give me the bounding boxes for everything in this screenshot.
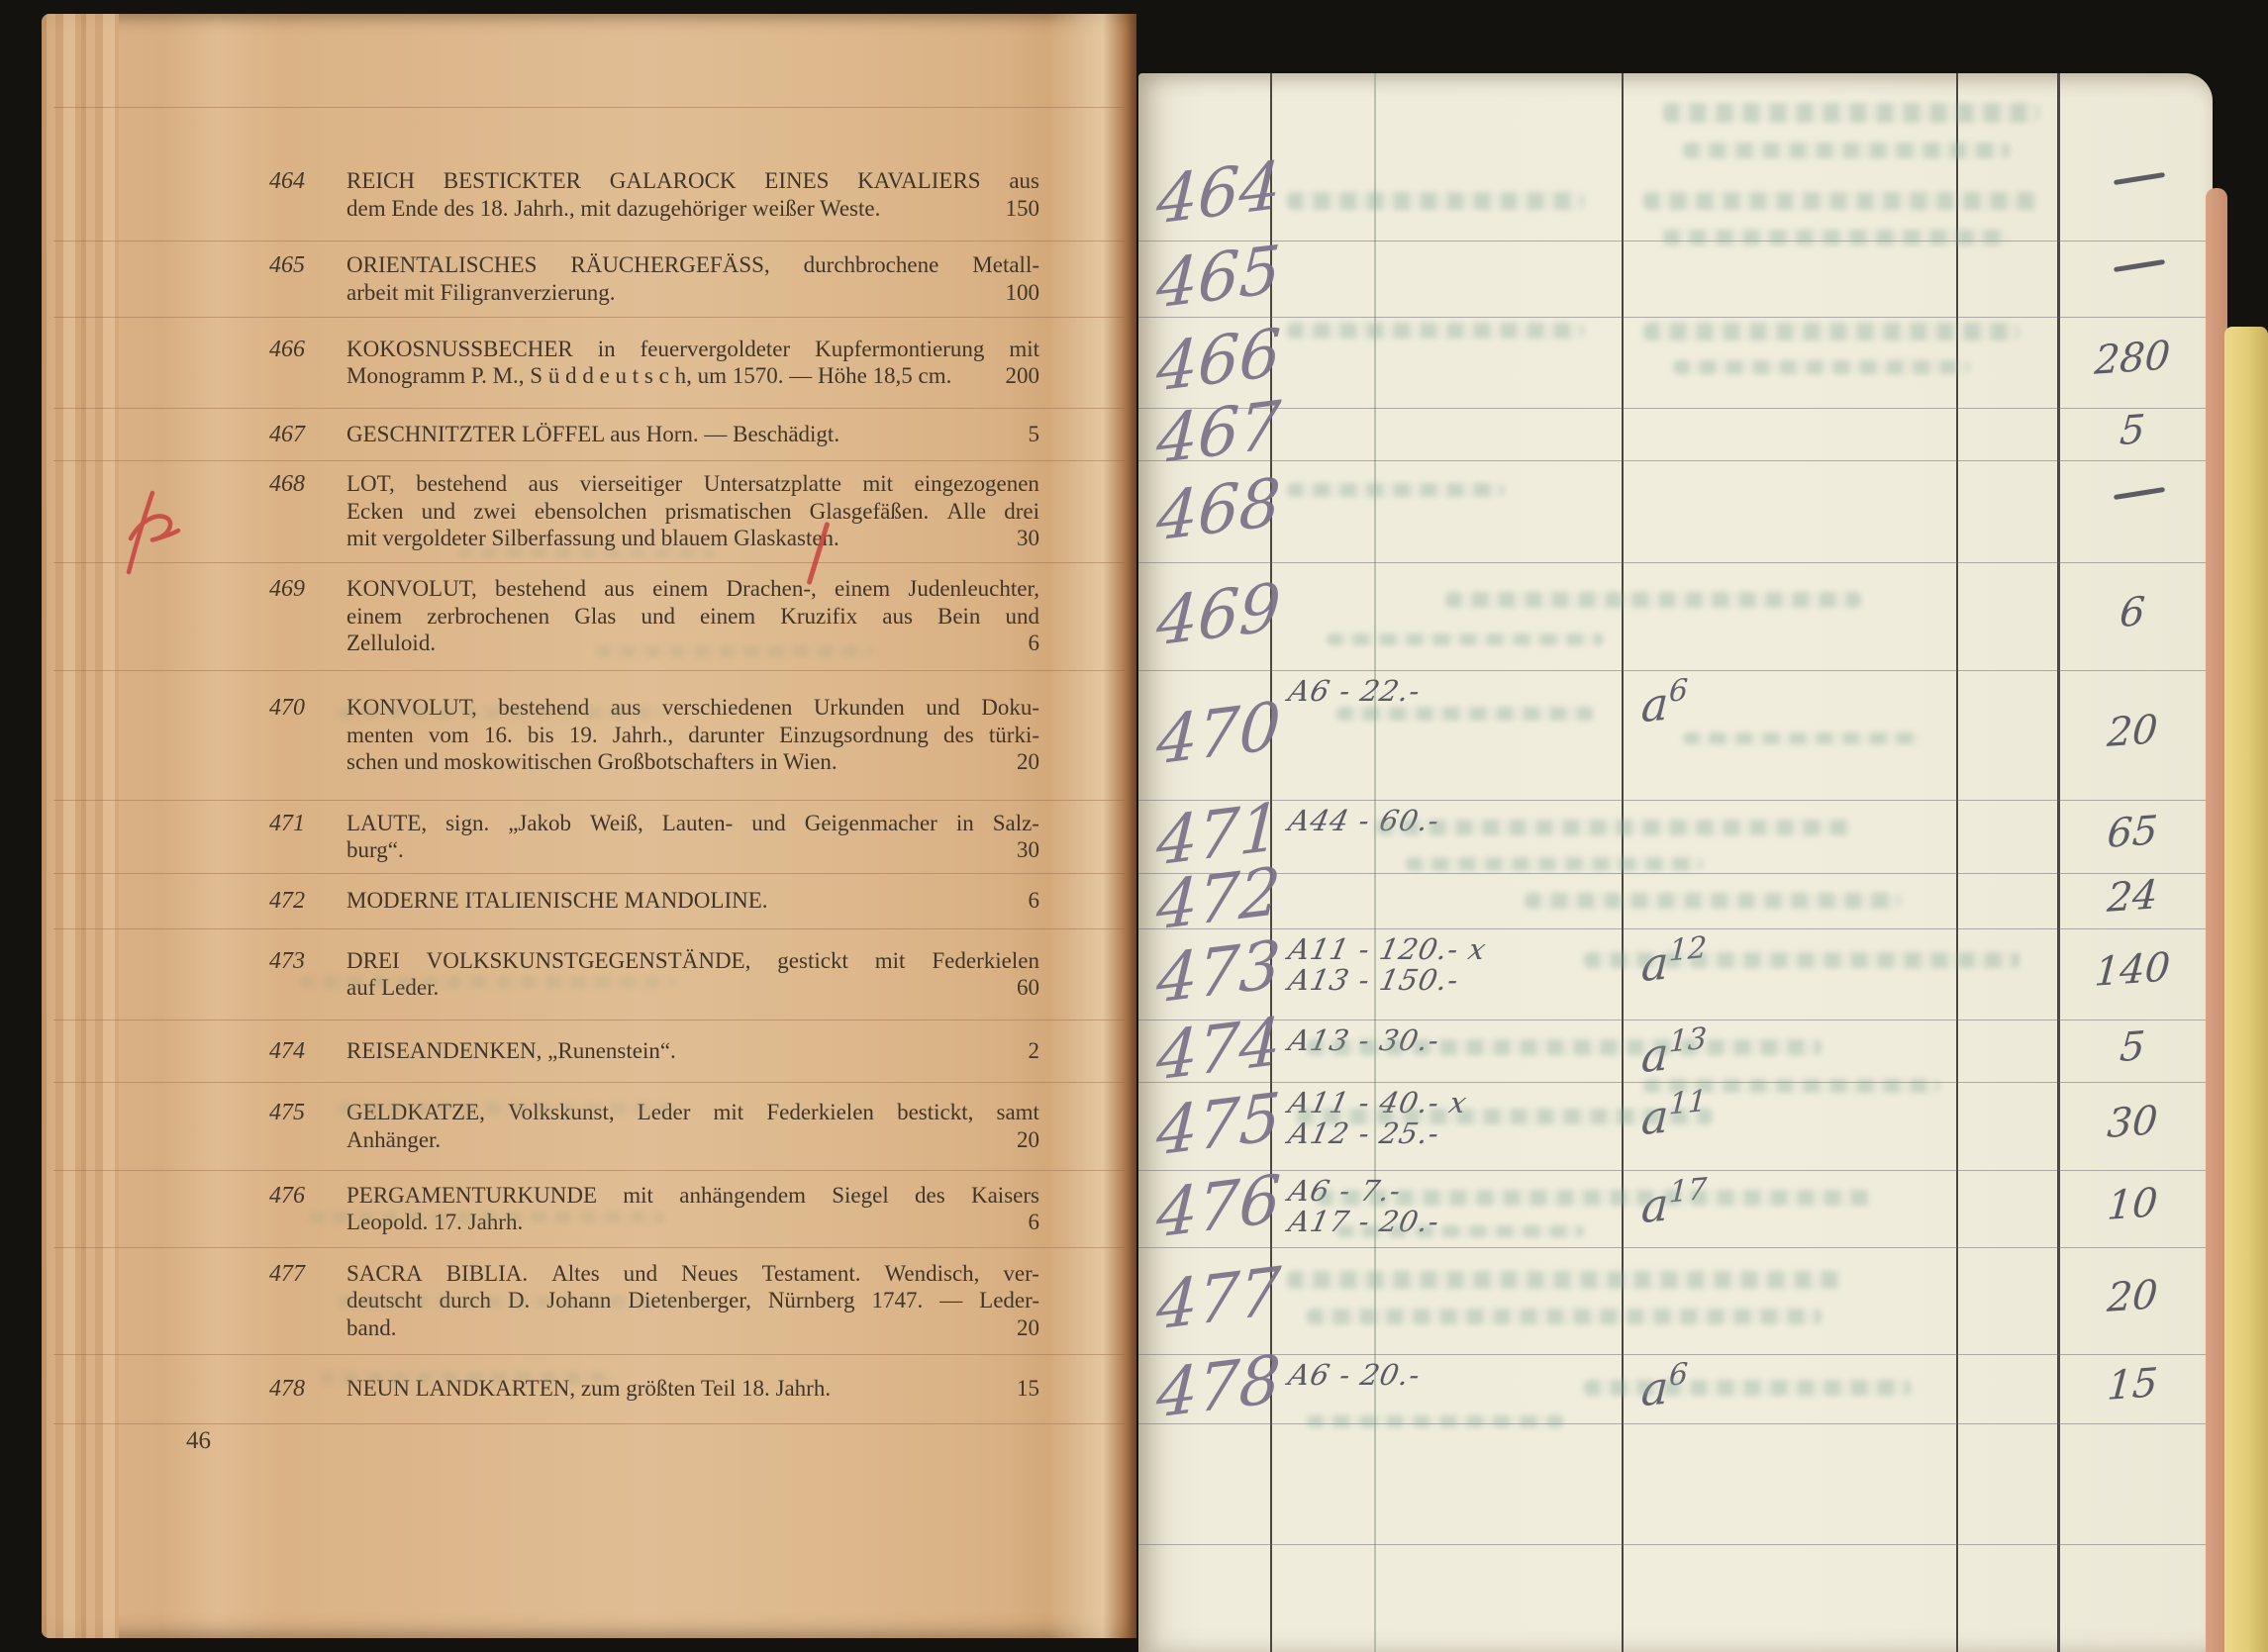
- ledger-row: 468: [1138, 460, 2213, 562]
- entry-price: 30: [1005, 836, 1039, 864]
- book-spread: 464REICHBESTICKTERGALAROCKEINESKAVALIERS…: [0, 0, 2268, 1652]
- entry-text: NEUN LANDKARTEN, zum größten Teil 18. Ja…: [346, 1354, 1039, 1423]
- page-number: 46: [186, 1427, 211, 1455]
- entry-price: 6: [1017, 1209, 1040, 1236]
- entry-text-line: einemzerbrochenenGlasundeinemKruzifixaus…: [346, 603, 1039, 631]
- catalog-entry: 474REISEANDENKEN, „Runenstein“.2: [42, 1020, 1136, 1082]
- catalog-entry: 476PERGAMENTURKUNDEmitanhängendemSiegeld…: [42, 1170, 1136, 1247]
- entry-separator-rule: [53, 1423, 1125, 1424]
- entry-price: 60: [1005, 974, 1039, 1002]
- bleedthrough-smudge: [339, 1296, 715, 1308]
- lot-number: 474: [238, 1038, 305, 1065]
- lot-number: 466: [238, 337, 305, 363]
- bleedthrough-smudge: [309, 1212, 665, 1223]
- entry-text-line: GESCHNITZTER LÖFFEL aus Horn. — Beschädi…: [346, 421, 1039, 448]
- bleedthrough-smudge: [1445, 592, 1861, 608]
- entry-text: LAUTE,sign.„JakobWeiß,Lauten-undGeigenma…: [346, 800, 1039, 873]
- handwritten-lot-number: 476: [1155, 1167, 1275, 1247]
- bleedthrough-smudge: [1683, 143, 2010, 158]
- entry-price: 6: [1017, 887, 1040, 915]
- ledger-row: 465: [1138, 241, 2213, 317]
- entry-text: KOKOSNUSSBECHERinfeuervergoldeterKupferm…: [346, 317, 1039, 408]
- entry-price: 6: [1017, 630, 1040, 657]
- entry-text-line: Anhänger.20: [346, 1126, 1039, 1154]
- bleedthrough-smudge: [1307, 1309, 1822, 1324]
- catalog-entry: 464REICHBESTICKTERGALAROCKEINESKAVALIERS…: [42, 148, 1136, 241]
- left-page-catalog: 464REICHBESTICKTERGALAROCKEINESKAVALIERS…: [42, 14, 1136, 1638]
- lot-number: 465: [238, 252, 305, 279]
- handwritten-price: 6: [2068, 588, 2198, 636]
- right-page-ledger: 46446546628046754684696470A6 - 22.-a6204…: [1138, 73, 2213, 1652]
- handwritten-note: A6 - 20.-: [1286, 1360, 1424, 1391]
- handwritten-price-dash: [2114, 172, 2165, 185]
- catalog-entry: 473DREIVOLKSKUNSTGEGENSTÄNDE,gesticktmit…: [42, 928, 1136, 1020]
- bleedthrough-smudge: [1317, 1190, 1871, 1206]
- handwritten-price: 280: [2068, 334, 2198, 382]
- bleedthrough-smudge: [1663, 103, 2039, 123]
- bleedthrough-smudge: [1297, 1109, 1713, 1124]
- bleedthrough-smudge: [1287, 192, 1584, 210]
- handwritten-lot-number: 475: [1155, 1085, 1275, 1165]
- catalog-entry: 467GESCHNITZTER LÖFFEL aus Horn. — Besch…: [42, 408, 1136, 460]
- handwritten-lot-number: 478: [1155, 1347, 1275, 1427]
- handwritten-bid-notes: A11 - 120.- xA13 - 150.-: [1289, 934, 1486, 996]
- bleedthrough-smudge: [1643, 192, 2039, 210]
- bleedthrough-smudge: [1327, 633, 1604, 645]
- entry-text: ORIENTALISCHESRÄUCHERGEFÄSS,durchbrochen…: [346, 241, 1039, 317]
- handwritten-price-dash: [2114, 259, 2165, 272]
- entry-text-line: PERGAMENTURKUNDEmitanhängendemSiegeldesK…: [346, 1182, 1039, 1210]
- entry-text: DREIVOLKSKUNSTGEGENSTÄNDE,gesticktmitFed…: [346, 928, 1039, 1020]
- entry-text: MODERNE ITALIENISCHE MANDOLINE.6: [346, 873, 1039, 928]
- handwritten-lot-number: 464: [1155, 153, 1275, 234]
- lot-number: 476: [238, 1183, 305, 1210]
- handwritten-price: 140: [2068, 945, 2198, 994]
- handwritten-price-dash: [2114, 487, 2165, 500]
- entry-price: 150: [994, 195, 1040, 223]
- handwritten-price: 5: [2068, 406, 2198, 454]
- bleedthrough-smudge: [1525, 893, 1901, 909]
- bleedthrough-smudge: [1406, 857, 1703, 871]
- entry-text: REISEANDENKEN, „Runenstein“.2: [346, 1020, 1039, 1082]
- catalog-entry: 478NEUN LANDKARTEN, zum größten Teil 18.…: [42, 1354, 1136, 1423]
- entry-text-line: LOT,bestehendausvierseitigerUntersatzpla…: [346, 470, 1039, 498]
- entry-separator-rule: [53, 107, 1125, 108]
- entry-text-line: arbeit mit Filigranverzierung.100: [346, 279, 1039, 307]
- lot-number: 469: [238, 576, 305, 603]
- bleedthrough-smudge: [1287, 1271, 1841, 1289]
- handwritten-price: 10: [2068, 1180, 2198, 1228]
- entry-text-line: LAUTE,sign.„JakobWeiß,Lauten-undGeigenma…: [346, 810, 1039, 837]
- ledger-row-rule: [1138, 1423, 2213, 1424]
- handwritten-lot-number: 473: [1155, 932, 1275, 1013]
- entry-text: REICHBESTICKTERGALAROCKEINESKAVALIERSaus…: [346, 148, 1039, 241]
- lot-number: 468: [238, 471, 305, 498]
- lot-number: 472: [238, 888, 305, 915]
- handwritten-a-code: a6: [1640, 676, 1689, 729]
- bleedthrough-smudge: [1287, 323, 1584, 339]
- bleedthrough-smudge: [457, 548, 715, 558]
- entry-text-line: dem Ende des 18. Jahrh., mit dazugehörig…: [346, 195, 1039, 223]
- handwritten-bid-notes: A6 - 20.-: [1289, 1360, 1421, 1391]
- bleedthrough-smudge: [1307, 1039, 1822, 1055]
- bleedthrough-smudge: [299, 976, 675, 988]
- entry-text: KONVOLUT,bestehendausverschiedenenUrkund…: [346, 670, 1039, 800]
- bleedthrough-smudge: [1584, 1380, 1911, 1396]
- bleedthrough-smudge: [1643, 1079, 1940, 1093]
- lot-number: 464: [238, 168, 305, 195]
- handwritten-note: A6 - 22.-: [1286, 676, 1424, 707]
- entry-price: 5: [1017, 421, 1040, 448]
- lot-number: 478: [238, 1376, 305, 1403]
- catalog-entry: 475GELDKATZE,Volkskunst,LedermitFederkie…: [42, 1082, 1136, 1170]
- entry-text: PERGAMENTURKUNDEmitanhängendemSiegeldesK…: [346, 1170, 1039, 1247]
- entry-text-line: EckenundzweiebensolchenprismatischenGlas…: [346, 498, 1039, 526]
- catalog-entry: 465ORIENTALISCHESRÄUCHERGEFÄSS,durchbroc…: [42, 241, 1136, 317]
- handwritten-lot-number: 474: [1155, 1010, 1275, 1090]
- bleedthrough-smudge: [1663, 230, 2010, 245]
- entry-text: GELDKATZE,Volkskunst,LedermitFederkielen…: [346, 1082, 1039, 1170]
- red-pencil-mark: [119, 487, 188, 578]
- ledger-row: 470A6 - 22.-a620: [1138, 670, 2213, 800]
- catalog-entry: 471LAUTE,sign.„JakobWeiß,Lauten-undGeige…: [42, 800, 1136, 873]
- ledger-row-rule: [1138, 1544, 2213, 1545]
- bleedthrough-smudge: [596, 645, 873, 657]
- ledger-row: 4696: [1138, 562, 2213, 670]
- lot-number: 470: [238, 695, 305, 722]
- handwritten-price: 20: [2068, 1272, 2198, 1320]
- bleedthrough-smudge: [1683, 732, 1921, 744]
- catalog-entry: 469KONVOLUT,bestehendauseinemDrachen-,ei…: [42, 562, 1136, 670]
- entry-text: GESCHNITZTER LÖFFEL aus Horn. — Beschädi…: [346, 408, 1039, 460]
- bleedthrough-smudge: [1287, 483, 1505, 497]
- bleedthrough-smudge: [1336, 1225, 1584, 1237]
- handwritten-lot-number: 469: [1155, 575, 1275, 655]
- entry-text-line: band.20: [346, 1314, 1039, 1342]
- entry-price: 20: [1005, 1126, 1039, 1154]
- entry-text-line: KONVOLUT,bestehendauseinemDrachen-,einem…: [346, 575, 1039, 603]
- catalog-entry: 470KONVOLUT,bestehendausverschiedenenUrk…: [42, 670, 1136, 800]
- lot-number: 477: [238, 1261, 305, 1288]
- entry-price: 20: [1005, 1314, 1039, 1342]
- lot-number: 475: [238, 1100, 305, 1126]
- handwritten-lot-number: 470: [1155, 694, 1275, 774]
- bleedthrough-smudge: [1673, 360, 1970, 374]
- handwritten-price: 5: [2068, 1022, 2198, 1071]
- page-stack-edge-yellow: [2224, 327, 2268, 1652]
- bleedthrough-smudge: [1643, 323, 2020, 340]
- entry-price: 20: [1005, 748, 1039, 776]
- entry-text-line: mentenvom16.bis19.Jahrh.,darunterEinzugs…: [346, 722, 1039, 749]
- bleedthrough-smudge: [1336, 707, 1594, 721]
- handwritten-price: 24: [2068, 872, 2198, 921]
- entry-text-line: REISEANDENKEN, „Runenstein“.2: [346, 1037, 1039, 1065]
- entry-text-line: DREIVOLKSKUNSTGEGENSTÄNDE,gesticktmitFed…: [346, 947, 1039, 975]
- lot-number: 467: [238, 422, 305, 448]
- catalog-entry: 472MODERNE ITALIENISCHE MANDOLINE.6: [42, 873, 1136, 928]
- entry-price: 100: [994, 279, 1040, 307]
- entry-price: 30: [1005, 525, 1039, 552]
- handwritten-note: A11 - 120.- x: [1286, 934, 1490, 965]
- bleedthrough-smudge: [339, 1103, 675, 1115]
- entry-text-line: REICHBESTICKTERGALAROCKEINESKAVALIERSaus: [346, 167, 1039, 195]
- bleedthrough-smudge: [339, 707, 665, 719]
- bleedthrough-smudge: [1376, 820, 1851, 835]
- entry-text-line: MODERNE ITALIENISCHE MANDOLINE.6: [346, 887, 1039, 915]
- entry-text-line: schen und moskowitischen Großbotschafter…: [346, 748, 1039, 776]
- lot-number: 471: [238, 811, 305, 837]
- bleedthrough-smudge: [1584, 952, 2020, 968]
- handwritten-price: 65: [2068, 808, 2198, 856]
- handwritten-lot-number: 465: [1155, 238, 1275, 318]
- entry-text-line: ORIENTALISCHESRÄUCHERGEFÄSS,durchbrochen…: [346, 251, 1039, 279]
- entry-price: 15: [1005, 1375, 1039, 1403]
- catalog-entry: 468LOT,bestehendausvierseitigerUntersatz…: [42, 460, 1136, 562]
- bleedthrough-smudge: [319, 1372, 616, 1384]
- entry-text: LOT,bestehendausvierseitigerUntersatzpla…: [346, 460, 1039, 562]
- handwritten-price: 15: [2068, 1360, 2198, 1409]
- catalog-entry: 466KOKOSNUSSBECHERinfeuervergoldeterKupf…: [42, 317, 1136, 408]
- bleedthrough-smudge: [1307, 1415, 1564, 1427]
- handwritten-bid-notes: A6 - 22.-: [1289, 676, 1421, 707]
- lot-number: 473: [238, 948, 305, 975]
- ledger-row: 47720: [1138, 1247, 2213, 1354]
- entry-text-line: SACRABIBLIA.AltesundNeuesTestament.Wendi…: [346, 1260, 1039, 1288]
- entry-text-line: KOKOSNUSSBECHERinfeuervergoldeterKupferm…: [346, 336, 1039, 363]
- entry-text-line: burg“.30: [346, 836, 1039, 864]
- handwritten-note: A13 - 150.-: [1286, 965, 1490, 996]
- ledger-row: 4675: [1138, 408, 2213, 460]
- handwritten-lot-number: 477: [1155, 1259, 1275, 1339]
- entry-text-line: Monogramm P. M., S ü d d e u t s c h, um…: [346, 362, 1039, 390]
- handwritten-lot-number: 468: [1155, 470, 1275, 550]
- handwritten-price: 20: [2068, 707, 2198, 755]
- entry-price: 200: [994, 362, 1040, 390]
- ledger-row: 475A11 - 40.- xA12 - 25.-a1130: [1138, 1082, 2213, 1170]
- handwritten-price: 30: [2068, 1098, 2198, 1146]
- entry-price: 2: [1017, 1037, 1040, 1065]
- ledger-row: 473A11 - 120.- xA13 - 150.-a12140: [1138, 928, 2213, 1020]
- ledger-row: 476A6 - 7.-A17 - 20.-a1710: [1138, 1170, 2213, 1247]
